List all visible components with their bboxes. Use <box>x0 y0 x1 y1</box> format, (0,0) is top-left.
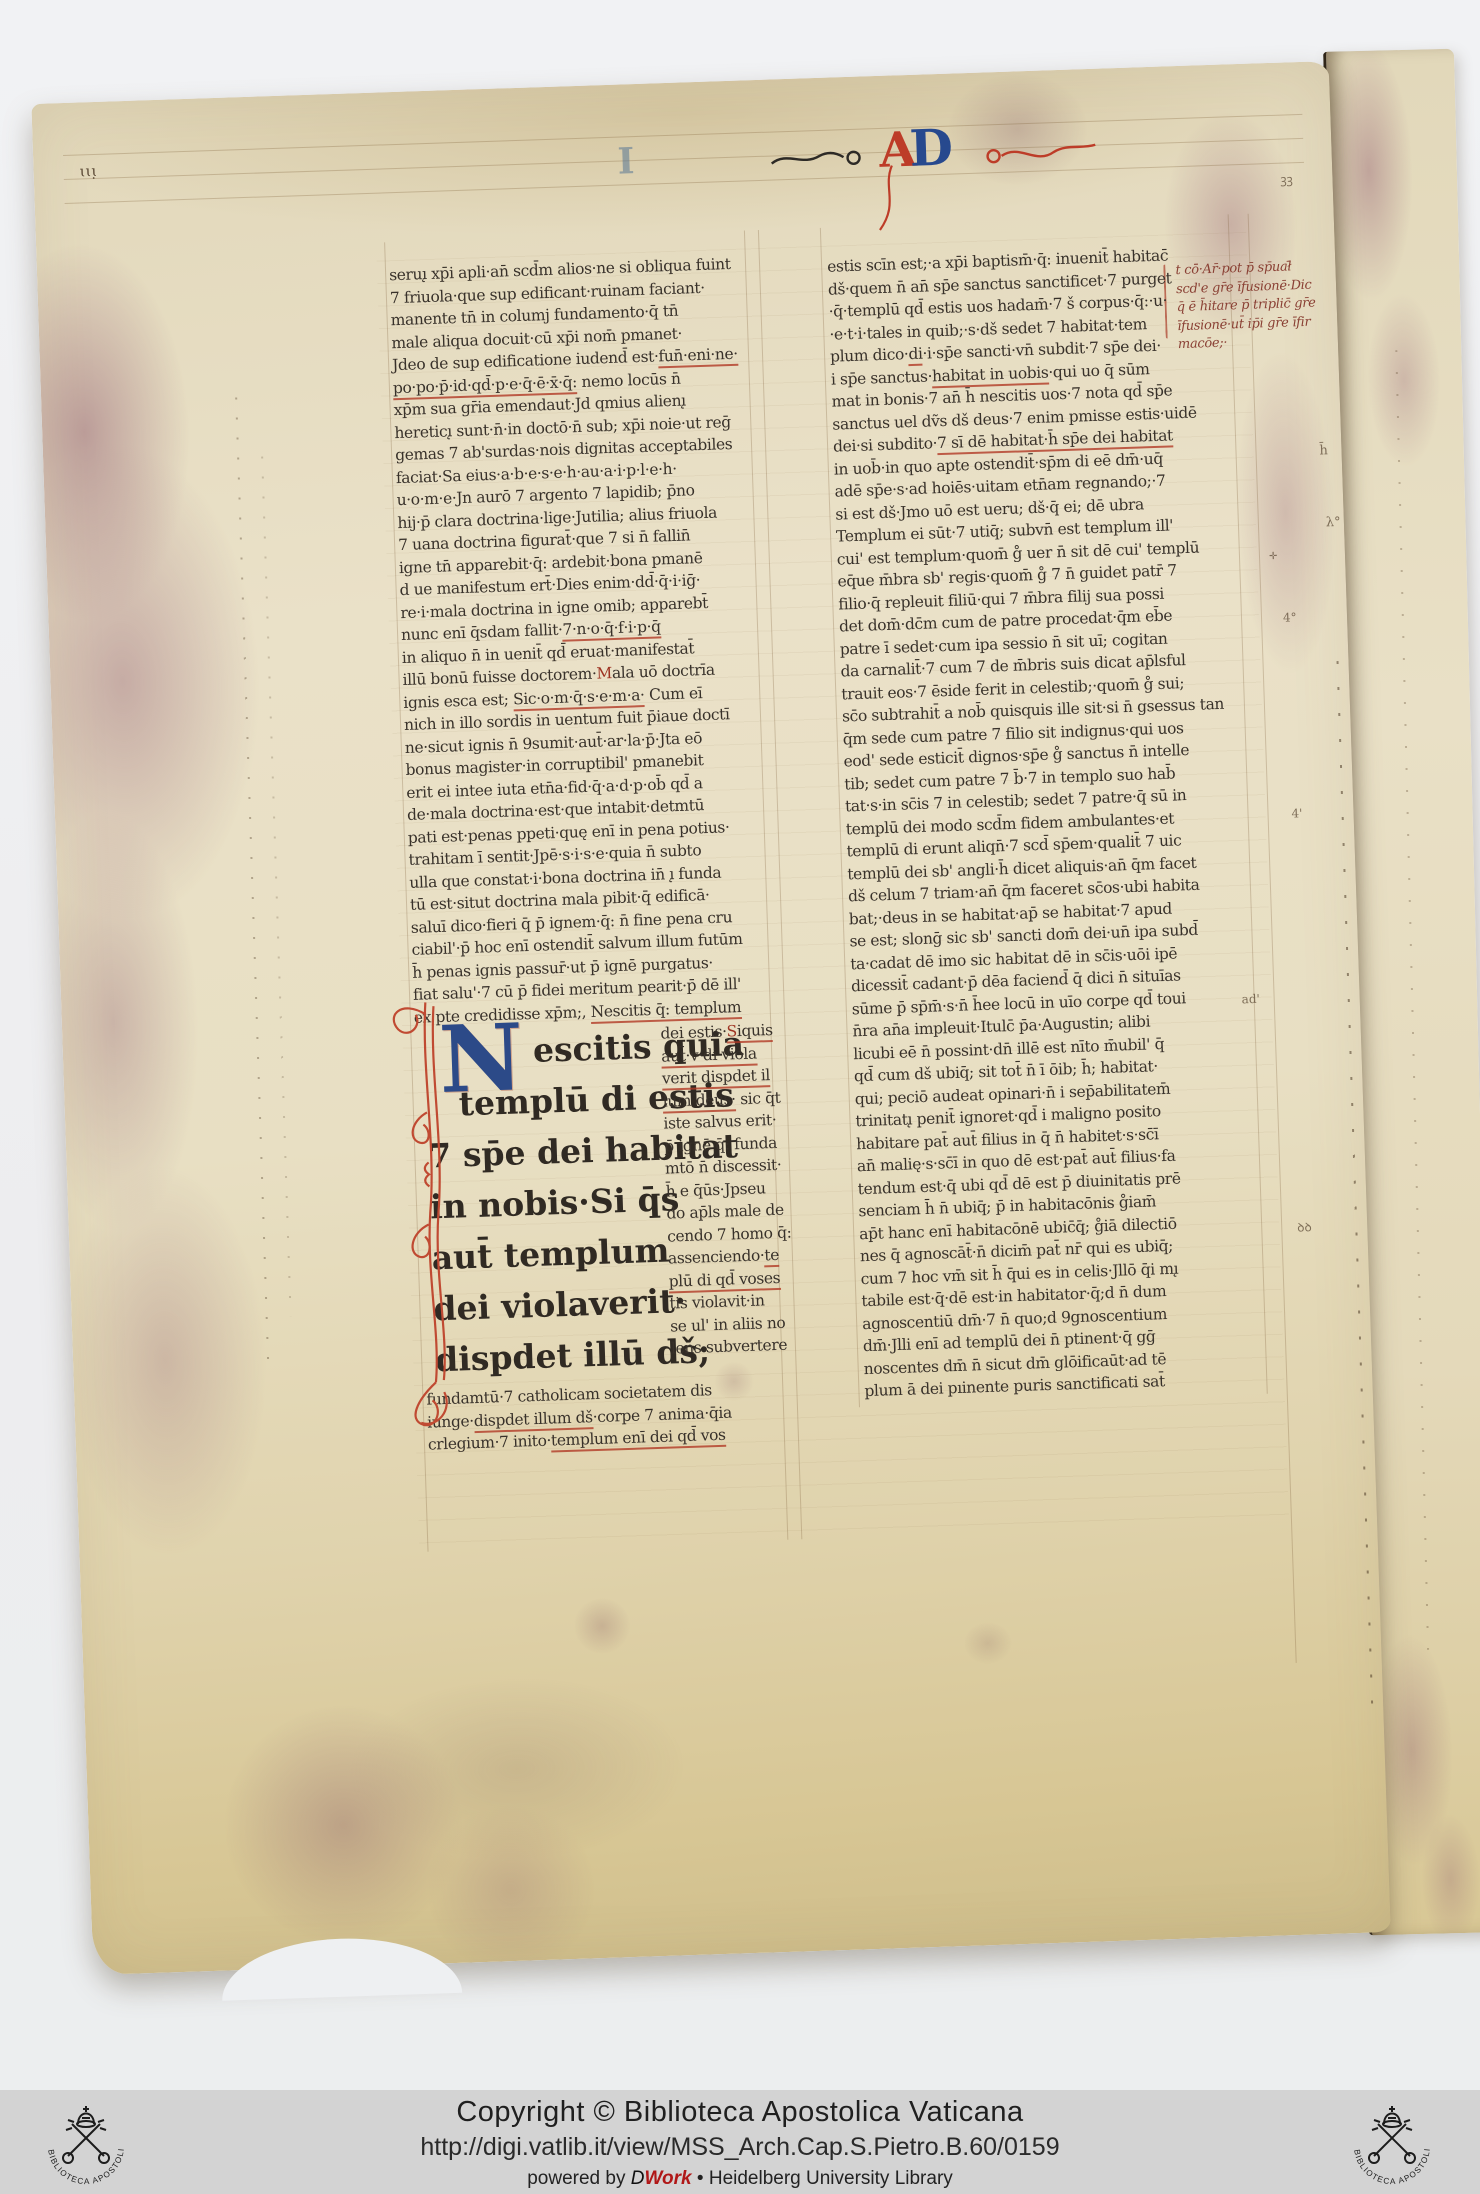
left-column-lines: seruı̨ xp̄i apli·an̄ scd̄m alios·ne si o… <box>389 253 768 1029</box>
manuscript-line: lens subvertere <box>671 1334 792 1360</box>
header-faded-letter: I <box>617 140 635 183</box>
margin-mark: ꝺꝺ <box>1297 1218 1312 1235</box>
powered-by-prefix: powered by <box>527 2168 631 2189</box>
lemma-block: N escitis quiatemplū di estis7 sp̄e dei … <box>414 1017 780 1389</box>
text-column-left: seruı̨ xp̄i apli·an̄ scd̄m alios·ne si o… <box>389 253 782 1457</box>
header-flourish-icon <box>864 162 926 234</box>
footer-copyright-line: Copyright © Biblioteca Apostolica Vatica… <box>240 2096 1240 2129</box>
manuscript-line: mtō n̄ discessit· <box>665 1154 786 1180</box>
right-column-lines: estis scīn est;·a xp̄i baptism̄·q̄: inue… <box>827 242 1265 1402</box>
svg-text:BIBLIOTECA APOSTOLICA VATICANA: BIBLIOTECA APOSTOLICA VATICANA <box>1344 2094 1432 2186</box>
header-squiggle-icon <box>767 144 872 173</box>
margin-mark: λ° <box>1326 515 1341 530</box>
margin-marks-layer: ꝫꝫh̄λ°✛4°4'ad'ꝺꝺ <box>31 61 1328 104</box>
margin-mark: ✛ <box>1269 551 1278 562</box>
emblem-circular-text: BIBLIOTECA APOSTOLICA VATICANA <box>1344 2094 1432 2186</box>
illuminated-initial: N <box>438 1011 525 1106</box>
vatican-library-emblem-icon: BIBLIOTECA APOSTOLICA VATICANA <box>38 2094 134 2190</box>
margin-mark: 4° <box>1283 610 1297 624</box>
manuscript-line: do ap̄ls male de <box>666 1199 787 1225</box>
header-red-squiggle-icon <box>983 139 1104 173</box>
powered-by-suffix: • Heidelberg University Library <box>692 2168 953 2189</box>
margin-mark: ad' <box>1241 992 1260 1007</box>
copyright-footer-bar: BIBLIOTECA APOSTOLICA VATICANA Copyright… <box>0 2090 1480 2194</box>
emblem-circular-text: BIBLIOTECA APOSTOLICA VATICANA <box>38 2094 126 2186</box>
manuscript-line: plū di qd̄ voses <box>668 1266 789 1292</box>
quire-mark: ɩɩɩ̣ <box>79 162 97 181</box>
manuscript-line: dei estis·Siquis <box>660 1019 781 1045</box>
dwork-d: D <box>631 2168 645 2189</box>
margin-mark: h̄ <box>1319 443 1328 458</box>
footer-powered-by: powered by DWork • Heidelberg University… <box>240 2168 1240 2190</box>
footer-text-block: Copyright © Biblioteca Apostolica Vatica… <box>240 2096 1240 2190</box>
text-column-right: estis scīn est;·a xp̄i baptism̄·q̄: inue… <box>827 242 1265 1402</box>
manuscript-line: assenciendo·te <box>668 1244 789 1270</box>
scan-photo-area: © Biblioteca ApostolicALL RIGHTS RESERVE… <box>0 0 1480 2090</box>
svg-text:BIBLIOTECA APOSTOLICA VATICANA: BIBLIOTECA APOSTOLICA VATICANA <box>38 2094 126 2186</box>
left-column-bottom-lines: fundamtū·7 catholicam societatem disiung… <box>426 1377 782 1456</box>
footer-url: http://digi.vatlib.it/view/MSS_Arch.Cap.… <box>240 2133 1240 2162</box>
margin-mark: ꝫꝫ <box>1280 170 1293 187</box>
lemma-side-commentary: dei estis·Siquisaut̄·v·di violaverit dis… <box>660 1019 791 1360</box>
dwork-work: Work <box>644 2168 691 2189</box>
manuscript-line: iste salvus erit· <box>663 1109 784 1135</box>
vatican-library-emblem-icon: BIBLIOTECA APOSTOLICA VATICANA <box>1344 2094 1440 2190</box>
running-header: I AD <box>531 116 1013 212</box>
margin-mark: 4' <box>1291 806 1302 820</box>
manuscript-line: verit dispdet il <box>662 1064 783 1090</box>
chain-line <box>261 457 292 1317</box>
manuscript-page: ɩɩɩ̣ I AD t cō̄·Ar̄·pot p̄ sp̄uał̄scd'e … <box>31 61 1390 1975</box>
